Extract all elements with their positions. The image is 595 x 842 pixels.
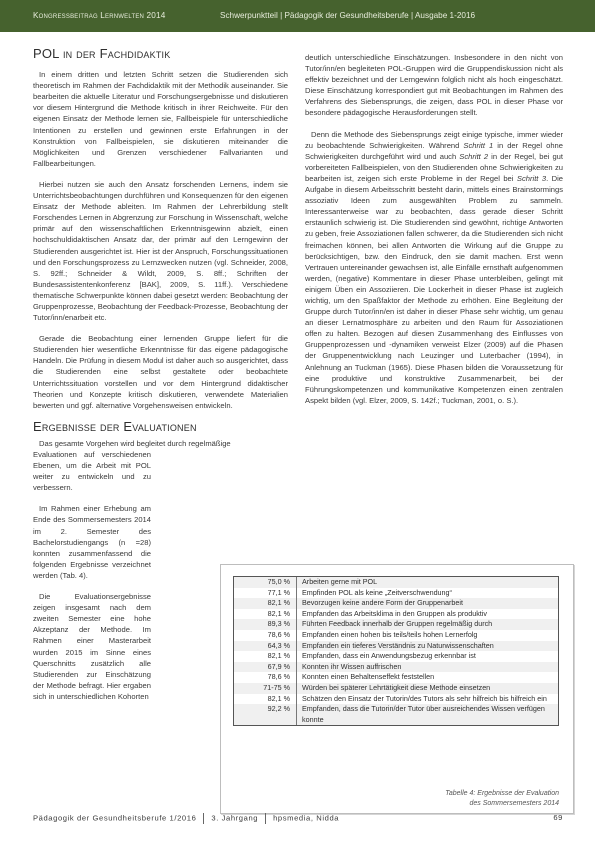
table-row: 82,1 %Empfanden, dass ein Anwendungsbezu… xyxy=(234,651,558,662)
header-left: Kongressbeitrag Lernwelten 2014 xyxy=(33,11,166,20)
text-cell: Bevorzugen keine andere Form der Gruppen… xyxy=(302,598,558,609)
paragraph: Das gesamte Vorgehen wird begleitet durc… xyxy=(33,438,288,449)
header-right: Schwerpunktteil | Pädagogik der Gesundhe… xyxy=(220,11,475,20)
percent-cell: 82,1 % xyxy=(234,694,296,705)
section-title-evaluation: Ergebnisse der Evaluationen xyxy=(33,421,288,432)
narrow-text-block: Evaluationen auf verschiedenen Ebenen, u… xyxy=(33,449,151,702)
table-row: 82,1 %Empfanden das Arbeitsklima in den … xyxy=(234,609,558,620)
divider xyxy=(265,813,266,824)
step-ref: Schritt 2 xyxy=(459,152,488,161)
text-cell: Empfanden ein tieferes Verständnis zu Na… xyxy=(302,641,558,652)
percent-cell: 92,2 % xyxy=(234,704,296,725)
percent-cell: 67,9 % xyxy=(234,662,296,673)
text-cell: Empfanden einen hohen bis teils/teils ho… xyxy=(302,630,558,641)
caption-line: des Sommersemesters 2014 xyxy=(445,799,559,809)
paragraph: Hierbei nutzen sie auch den Ansatz forsc… xyxy=(33,179,288,323)
paragraph: Die Evaluationsergebnisse zeigen insgesa… xyxy=(33,591,151,702)
text-cell: Empfanden das Arbeitsklima in den Gruppe… xyxy=(302,609,558,620)
table-row: 92,2 %Empfanden, dass die Tutorin/der Tu… xyxy=(234,704,558,725)
percent-cell: 89,3 % xyxy=(234,619,296,630)
table-caption: Tabelle 4: Ergebnisse der Evaluation des… xyxy=(445,789,559,808)
paragraph: Denn die Methode des Siebensprungs zeigt… xyxy=(305,129,563,406)
running-header: Kongressbeitrag Lernwelten 2014 Schwerpu… xyxy=(0,0,595,32)
footer-journal: Pädagogik der Gesundheitsberufe 1/2016 xyxy=(33,814,196,823)
paragraph: Evaluationen auf verschiedenen Ebenen, u… xyxy=(33,449,151,493)
right-column: deutlich unterschiedliche Einschätzungen… xyxy=(305,52,563,416)
percent-cell: 75,0 % xyxy=(234,577,296,588)
text-cell: Schätzen den Einsatz der Tutorin/des Tut… xyxy=(302,694,558,705)
percent-cell: 82,1 % xyxy=(234,598,296,609)
table-row: 82,1 %Schätzen den Einsatz der Tutorin/d… xyxy=(234,694,558,705)
text-cell: Empfanden, dass die Tutorin/der Tutor üb… xyxy=(302,704,558,725)
text-cell: Arbeiten gerne mit POL xyxy=(302,577,558,588)
table-row: 78,6 %Konnten einen Behaltenseffekt fest… xyxy=(234,672,558,683)
results-table-box: 75,0 %Arbeiten gerne mit POL 77,1 %Empfi… xyxy=(220,564,574,814)
percent-cell: 77,1 % xyxy=(234,588,296,599)
table-row: 64,3 %Empfanden ein tieferes Verständnis… xyxy=(234,641,558,652)
divider xyxy=(203,813,204,824)
text: . Die Aufgabe in diesem Arbeitsschritt b… xyxy=(305,174,563,405)
table-row: 71-75 %Würden bei späterer Lehrtätigkeit… xyxy=(234,683,558,694)
step-ref: Schritt 1 xyxy=(463,141,493,150)
text-cell: Konnten ihr Wissen auffrischen xyxy=(302,662,558,673)
percent-cell: 64,3 % xyxy=(234,641,296,652)
table-row: 67,9 %Konnten ihr Wissen auffrischen xyxy=(234,662,558,673)
section-title-pol: POL in der Fachdidaktik xyxy=(33,48,288,59)
results-table: 75,0 %Arbeiten gerne mit POL 77,1 %Empfi… xyxy=(233,576,559,726)
text-cell: Führten Feedback innerhalb der Gruppen r… xyxy=(302,619,558,630)
paragraph: In einem dritten und letzten Schritt set… xyxy=(33,69,288,169)
footer-volume: 3. Jahrgang xyxy=(211,814,258,823)
paragraph: Im Rahmen einer Erhebung am Ende des Som… xyxy=(33,503,151,581)
text-cell: Würden bei späterer Lehrtätigkeit diese … xyxy=(302,683,558,694)
caption-line: Tabelle 4: Ergebnisse der Evaluation xyxy=(445,789,559,799)
paragraph: deutlich unterschiedliche Einschätzungen… xyxy=(305,52,563,119)
text-cell: Empfinden POL als keine „Zeitverschwendu… xyxy=(302,588,558,599)
text-cell: Empfanden, dass ein Anwendungsbezug erke… xyxy=(302,651,558,662)
footer-publisher: hpsmedia, Nidda xyxy=(273,814,339,823)
table-row: 78,6 %Empfanden einen hohen bis teils/te… xyxy=(234,630,558,641)
text-cell: Konnten einen Behaltenseffekt feststelle… xyxy=(302,672,558,683)
table-row: 82,1 %Bevorzugen keine andere Form der G… xyxy=(234,598,558,609)
paragraph: Gerade die Beobachtung einer lernenden G… xyxy=(33,333,288,411)
percent-cell: 82,1 % xyxy=(234,609,296,620)
table-row: 77,1 %Empfinden POL als keine „Zeitversc… xyxy=(234,588,558,599)
percent-cell: 71-75 % xyxy=(234,683,296,694)
percent-cell: 78,6 % xyxy=(234,672,296,683)
table-row: 89,3 %Führten Feedback innerhalb der Gru… xyxy=(234,619,558,630)
step-ref: Schritt 3 xyxy=(517,174,546,183)
percent-cell: 78,6 % xyxy=(234,630,296,641)
table-row: 75,0 %Arbeiten gerne mit POL xyxy=(234,577,558,588)
running-footer: Pädagogik der Gesundheitsberufe 1/20163.… xyxy=(33,813,563,824)
page-number: 69 xyxy=(553,813,563,822)
percent-cell: 82,1 % xyxy=(234,651,296,662)
